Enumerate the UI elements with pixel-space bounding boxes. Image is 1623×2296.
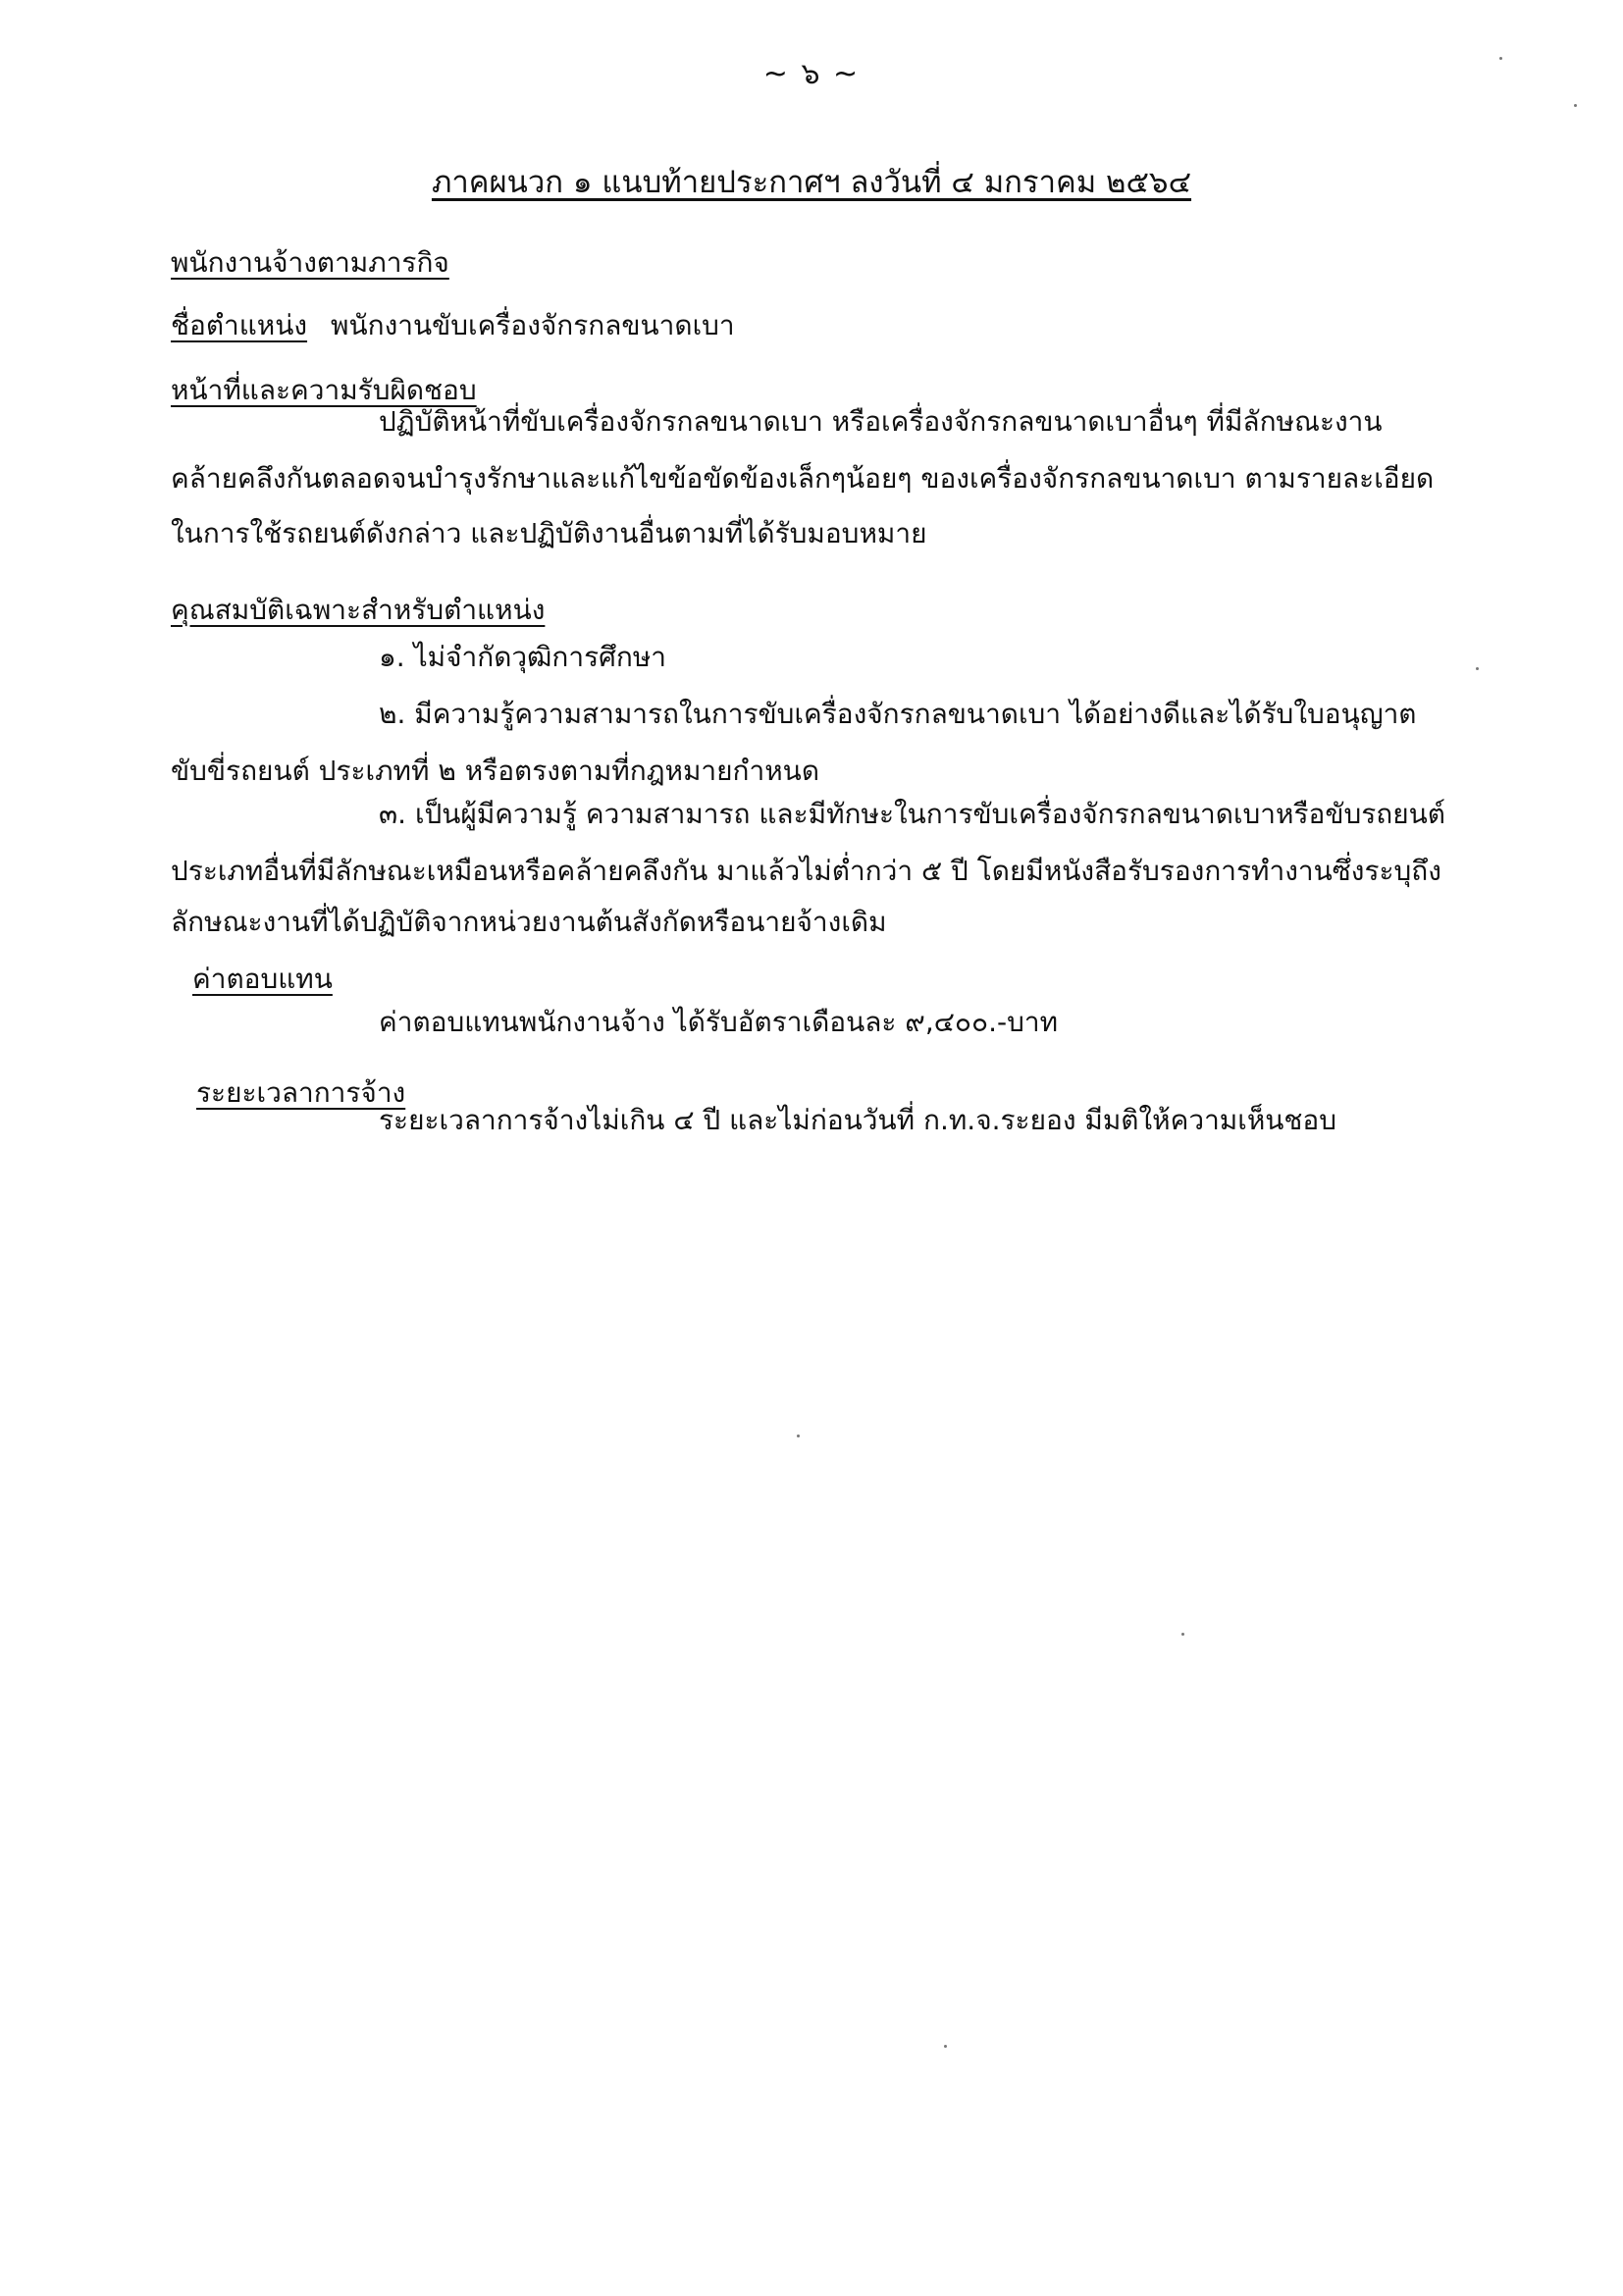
qualification-2: ๒. มีความรู้ความสามารถในการขับเครื่องจัก… [379,693,1417,736]
compensation-text: ค่าตอบแทนพนักงานจ้าง ได้รับอัตราเดือนละ … [379,1001,1058,1044]
employee-type-heading: พนักงานจ้างตามภารกิจ [171,241,449,285]
scan-speck [1574,104,1577,107]
qualification-3-cont-1: ประเภทอื่นที่มีลักษณะเหมือนหรือคล้ายคลึง… [171,850,1441,893]
scan-speck [1476,667,1479,670]
position-row: ชื่อตำแหน่งพนักงานขับเครื่องจักรกลขนาดเบ… [171,304,735,347]
qualification-2-cont: ขับขี่รถยนต์ ประเภทที่ ๒ หรือตรงตามที่กฎ… [171,750,819,793]
position-label: ชื่อตำแหน่ง [171,309,307,341]
document-page: ~ ๖ ~ ภาคผนวก ๑ แนบท้ายประกาศฯ ลงวันที่ … [0,0,1623,2296]
compensation-heading: ค่าตอบแทน [192,958,333,1001]
scan-speck [944,2045,947,2048]
qualifications-heading: คุณสมบัติเฉพาะสำหรับตำแหน่ง [171,589,545,632]
duties-line-3: ในการใช้รถยนต์ดังกล่าว และปฏิบัติงานอื่น… [171,512,927,555]
qualification-1: ๑. ไม่จำกัดวุฒิการศึกษา [379,636,666,679]
duties-line-2: คล้ายคลึงกันตลอดจนบำรุงรักษาและแก้ไขข้อข… [171,457,1434,500]
document-title: ภาคผนวก ๑ แนบท้ายประกาศฯ ลงวันที่ ๔ มกรา… [0,157,1623,206]
employment-period-heading: ระยะเวลาการจ้าง [196,1071,405,1115]
page-number: ~ ๖ ~ [0,51,1623,97]
scan-speck [1499,57,1502,60]
position-value: พนักงานขับเครื่องจักรกลขนาดเบา [331,309,735,341]
employment-period-text: ระยะเวลาการจ้างไม่เกิน ๔ ปี และไม่ก่อนวั… [379,1099,1336,1142]
duties-line-1: ปฏิบัติหน้าที่ขับเครื่องจักรกลขนาดเบา หร… [379,400,1383,444]
qualification-3-cont-2: ลักษณะงานที่ได้ปฏิบัติจากหน่วยงานต้นสังก… [171,901,887,944]
qualification-3: ๓. เป็นผู้มีความรู้ ความสามารถ และมีทักษ… [379,793,1445,836]
scan-speck [797,1435,800,1437]
scan-speck [1181,1633,1184,1636]
